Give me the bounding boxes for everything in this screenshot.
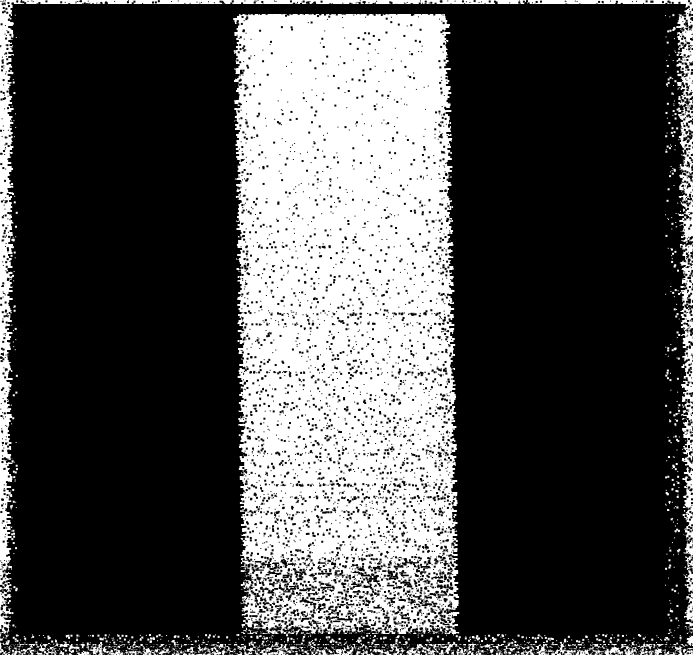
binarized-photo-canvas xyxy=(0,0,693,655)
screenshot-root xyxy=(0,0,693,655)
